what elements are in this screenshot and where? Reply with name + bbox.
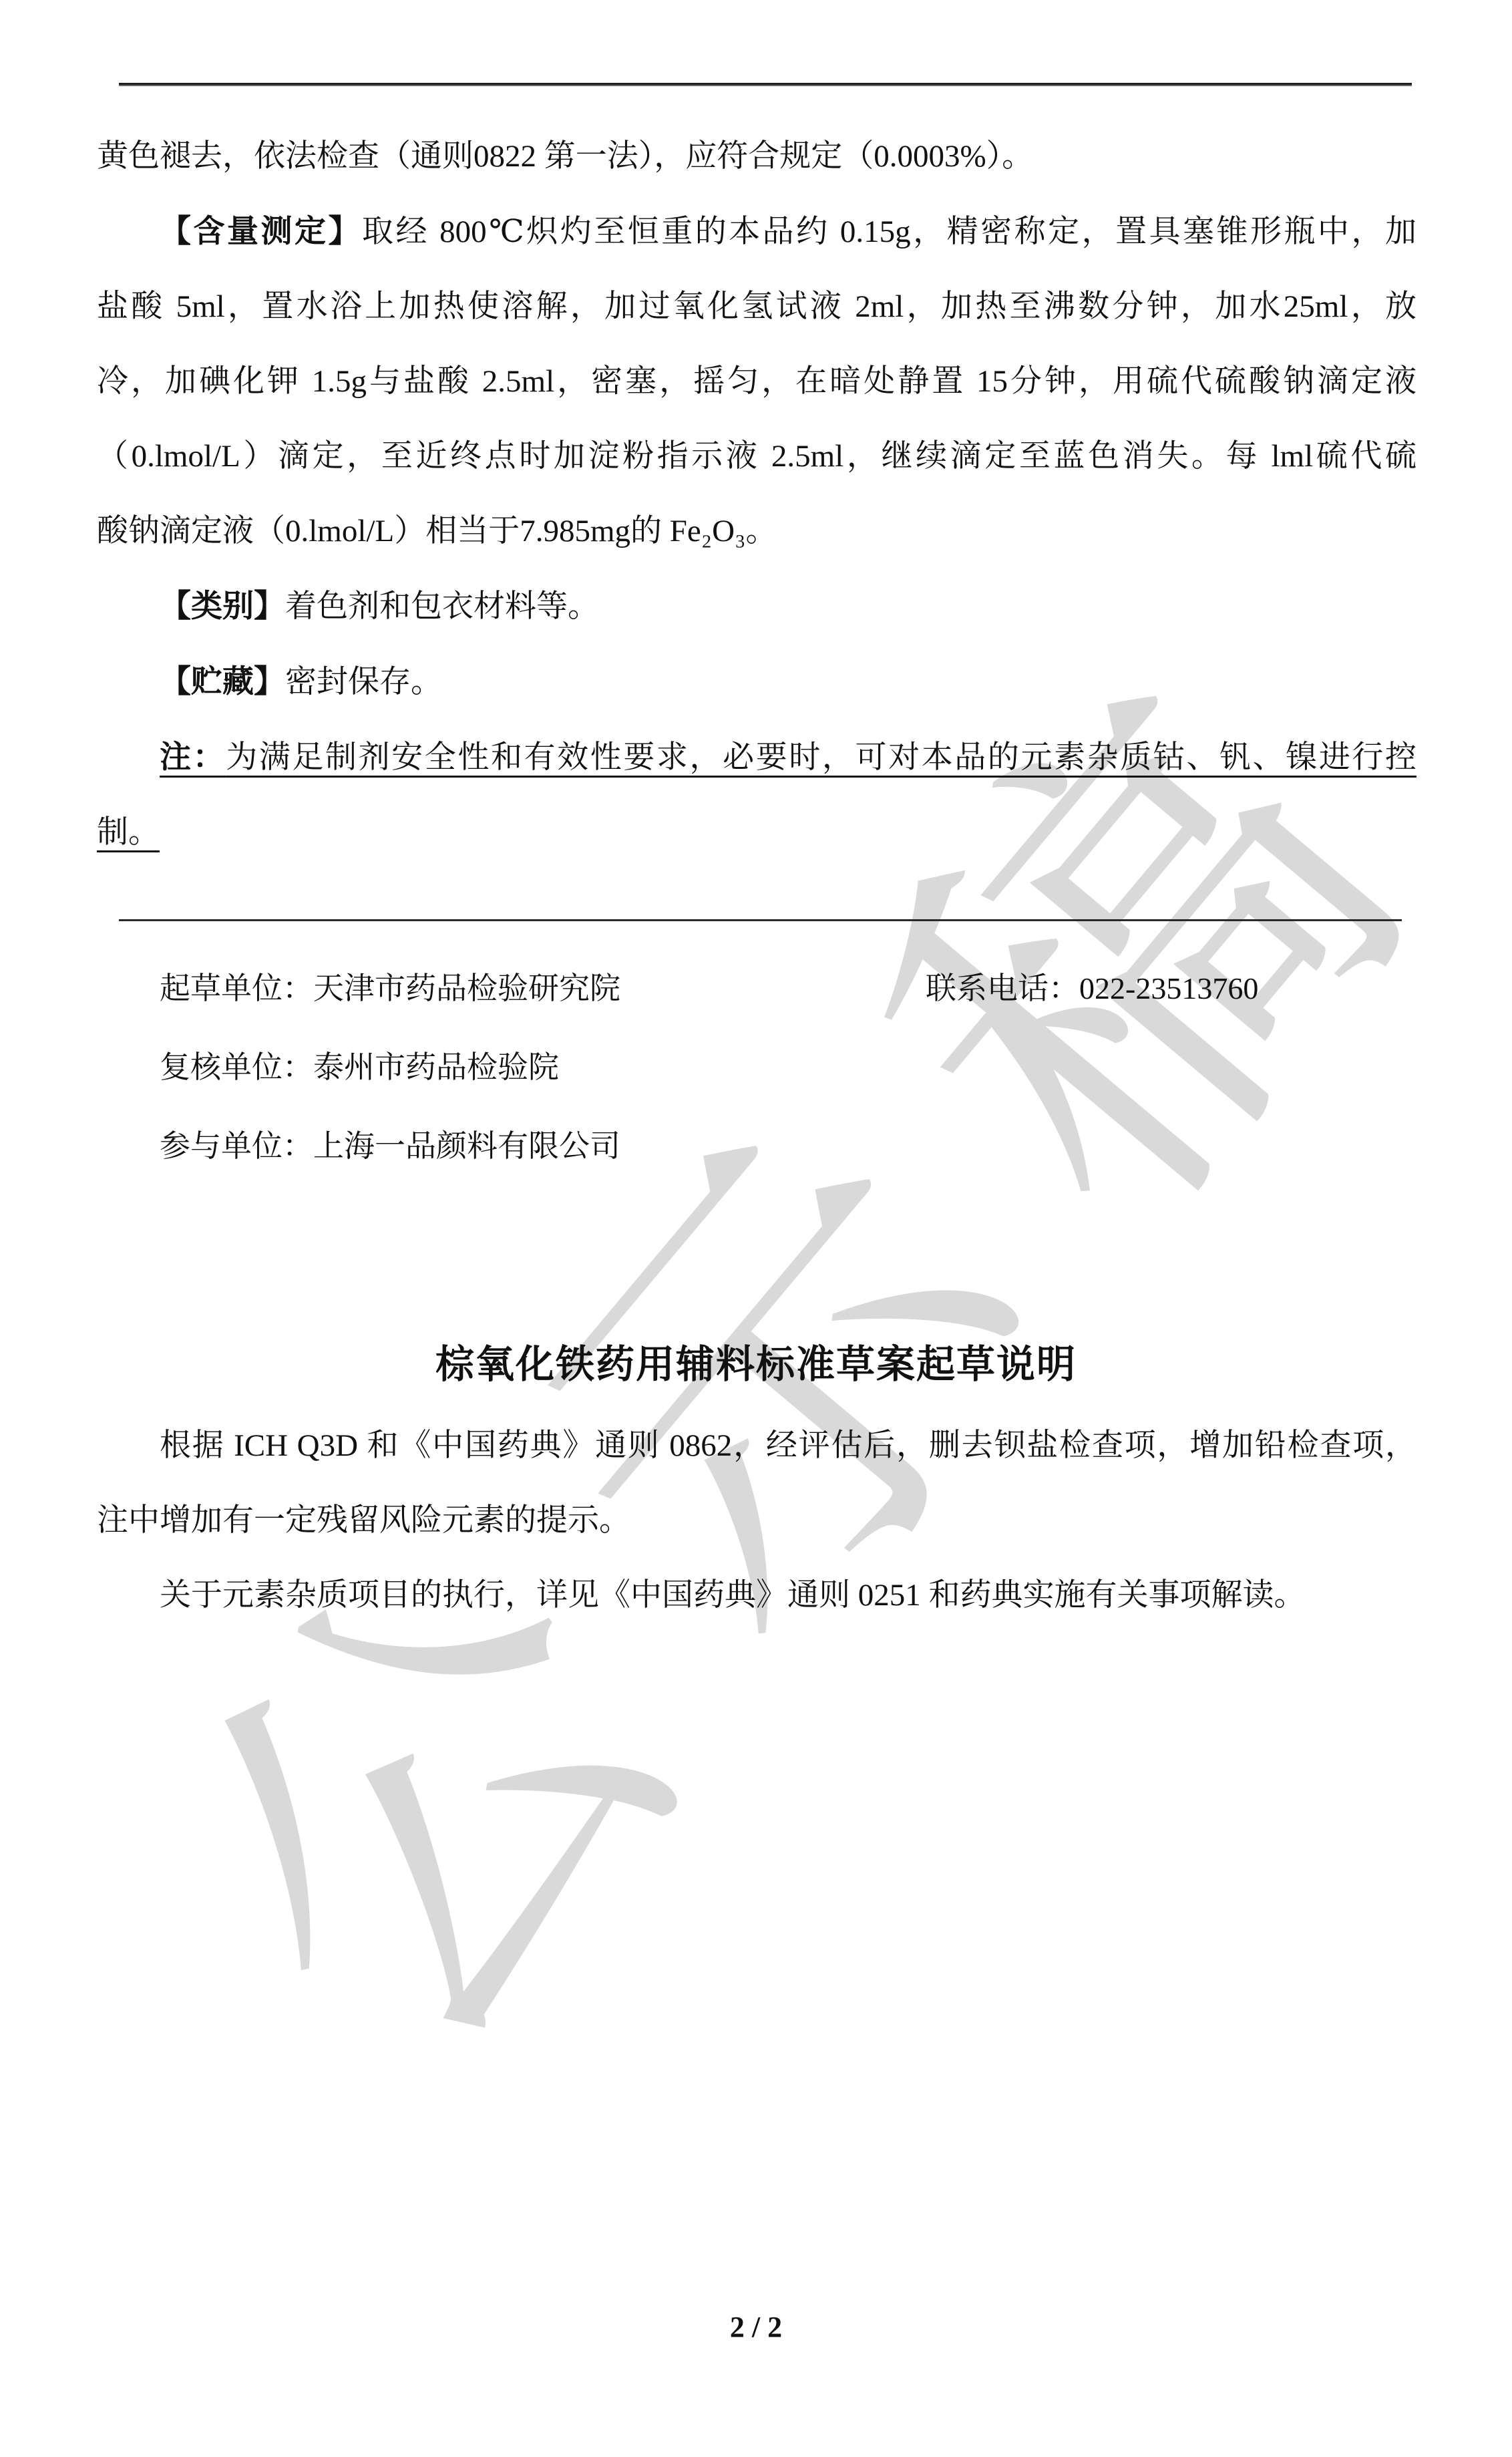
note-label: 注： bbox=[160, 739, 226, 774]
standard-line: （0.lmol/L）滴定，至近终点时加淀粉指示液 2.5ml，继续滴定至蓝色消失… bbox=[97, 419, 1416, 494]
standard-line: 【含量测定】取经 800℃炽灼至恒重的本品约 0.15g，精密称定，置具塞锥形瓶… bbox=[97, 194, 1416, 269]
header-divider bbox=[119, 83, 1412, 86]
standard-note-line: 制。 bbox=[97, 795, 1416, 870]
contact-phone: 联系电话：022-23513760 bbox=[926, 949, 1258, 1028]
section-divider bbox=[119, 919, 1402, 921]
page-number: 2 / 2 bbox=[0, 2310, 1512, 2344]
review-unit-line: 复核单位：泰州市药品检验院 bbox=[160, 1028, 620, 1107]
section-label-assay: 【含量测定】 bbox=[160, 213, 362, 249]
explanation-text-block: 根据 ICH Q3D 和《中国药典》通则 0862，经评估后，删去钡盐检查项，增… bbox=[97, 1408, 1416, 1633]
explanation-line: 根据 ICH Q3D 和《中国药典》通则 0862，经评估后，删去钡盐检查项，增… bbox=[97, 1408, 1416, 1483]
standard-line: 黄色褪去，依法检查（通则0822 第一法），应符合规定（0.0003%）。 bbox=[97, 119, 1416, 194]
section-label-storage: 【贮藏】 bbox=[160, 663, 285, 699]
explanation-title: 棕氧化铁药用辅料标准草案起草说明 bbox=[0, 1341, 1512, 1388]
standard-line: 酸钠滴定液（0.lmol/L）相当于7.985mg的 Fe₂O₃。 bbox=[97, 494, 1416, 568]
standard-line: 【贮藏】密封保存。 bbox=[97, 644, 1416, 719]
standard-line: 【类别】着色剂和包衣材料等。 bbox=[97, 568, 1416, 644]
standard-line: 冷，加碘化钾 1.5g与盐酸 2.5ml，密塞，摇匀，在暗处静置 15分钟，用硫… bbox=[97, 344, 1416, 419]
standard-text-block: 黄色褪去，依法检查（通则0822 第一法），应符合规定（0.0003%）。 【含… bbox=[97, 119, 1416, 870]
explanation-line: 关于元素杂质项目的执行，详见《中国药典》通则 0251 和药典实施有关事项解读。 bbox=[97, 1558, 1416, 1633]
document-page: 公示稿 黄色褪去，依法检查（通则0822 第一法），应符合规定（0.0003%）… bbox=[0, 0, 1512, 2457]
participating-unit-line: 参与单位：上海一品颜料有限公司 bbox=[160, 1107, 620, 1186]
standard-note-line: 注：为满足制剂安全性和有效性要求，必要时，可对本品的元素杂质钴、钒、镍进行控 bbox=[97, 719, 1416, 795]
standard-line: 盐酸 5ml，置水浴上加热使溶解，加过氧化氢试液 2ml，加热至沸数分钟，加水2… bbox=[97, 269, 1416, 344]
drafting-unit-line: 起草单位：天津市药品检验研究院 bbox=[160, 949, 620, 1028]
units-block: 起草单位：天津市药品检验研究院 复核单位：泰州市药品检验院 参与单位：上海一品颜… bbox=[160, 949, 620, 1186]
section-label-category: 【类别】 bbox=[160, 588, 285, 623]
explanation-line: 注中增加有一定残留风险元素的提示。 bbox=[97, 1483, 1416, 1558]
page-content: 黄色褪去，依法检查（通则0822 第一法），应符合规定（0.0003%）。 【含… bbox=[0, 0, 1512, 2457]
